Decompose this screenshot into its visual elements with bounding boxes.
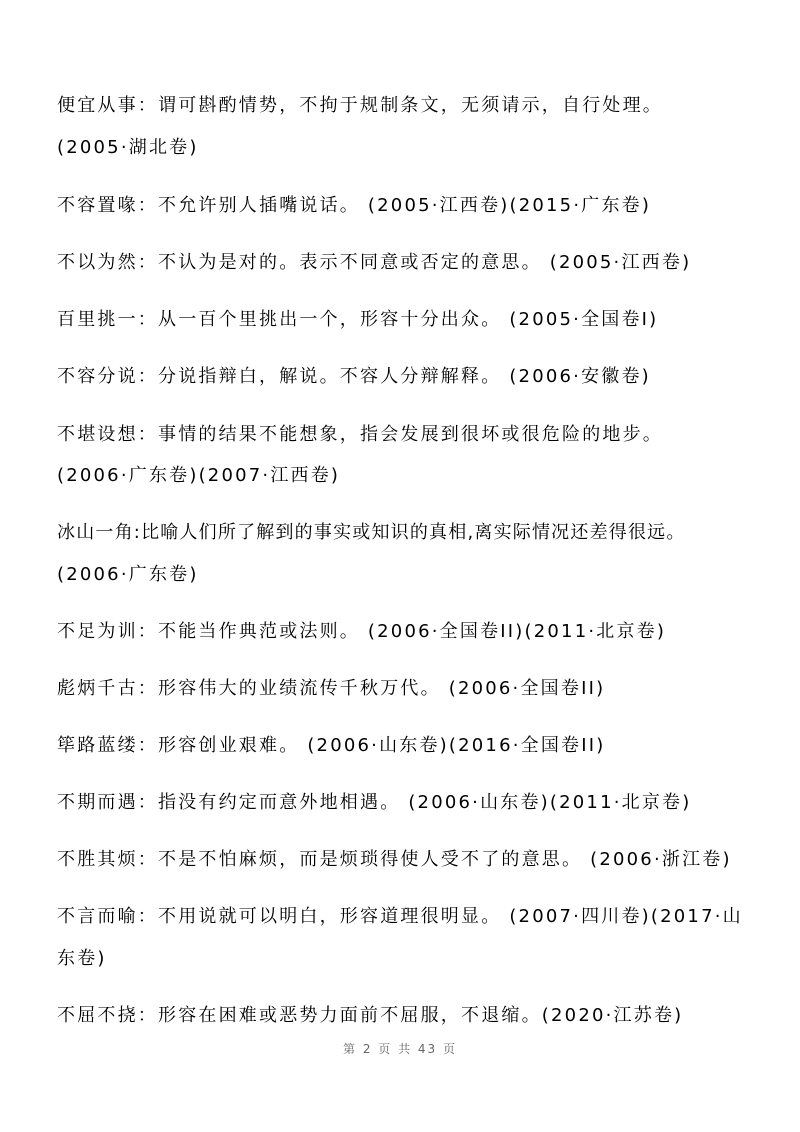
entry-buyaneryu-line-2: 东卷) [57, 947, 107, 971]
entry-buzuweixun: 不足为训：不能当作典范或法则。 (2006·全国卷II)(2011·北京卷) [57, 620, 666, 644]
entry-biaobingqiangu: 彪炳千古：形容伟大的业绩流传千秋万代。 (2006·全国卷II) [57, 677, 605, 701]
entry-burongzhihui: 不容置喙：不允许别人插嘴说话。 (2005·江西卷)(2015·广东卷) [57, 194, 651, 218]
entry-buyiweiran: 不以为然：不认为是对的。表示不同意或否定的意思。 (2005·江西卷) [57, 251, 691, 275]
entry-buqieryu: 不期而遇：指没有约定而意外地相遇。 (2006·山东卷)(2011·北京卷) [57, 791, 691, 815]
entry-bailitiaoyi: 百里挑一：从一百个里挑出一个，形容十分出众。 (2005·全国卷I) [57, 308, 658, 332]
entry-bianyicongshi-line-2: (2005·湖北卷) [57, 136, 199, 160]
entry-biluelanlv: 筚路蓝缕：形容创业艰难。 (2006·山东卷)(2016·全国卷II) [57, 734, 606, 758]
entry-bukanshexiang-line-1: 不堪设想：事情的结果不能想象，指会发展到很坏或很危险的地步。 [57, 423, 663, 447]
entry-buyaneryu-line-1: 不言而喻：不用说就可以明白，形容道理很明显。 (2007·四川卷)(2017·山 [57, 905, 743, 929]
entry-bukanshexiang-line-2: (2006·广东卷)(2007·江西卷) [57, 464, 340, 488]
entry-bingshanyijiao-line-1: 冰山一角:比喻人们所了解到的事实或知识的真相,离实际情况还差得很远。 [57, 521, 686, 545]
entry-buqubunao: 不屈不挠：形容在困难或恶势力面前不屈服，不退缩。(2020·江苏卷) [57, 1004, 683, 1028]
entry-bingshanyijiao-line-2: (2006·广东卷) [57, 563, 199, 587]
entry-burongfenshuo: 不容分说：分说指辩白，解说。不容人分辩解释。 (2006·安徽卷) [57, 365, 651, 389]
document-page: 便宜从事：谓可斟酌情势，不拘于规制条文，无须请示，自行处理。 (2005·湖北卷… [0, 0, 800, 1132]
entry-bianyicongshi-line-1: 便宜从事：谓可斟酌情势，不拘于规制条文，无须请示，自行处理。 [57, 94, 663, 118]
page-number-footer: 第 2 页 共 43 页 [0, 1040, 800, 1057]
entry-bushengqifan: 不胜其烦：不是不怕麻烦，而是烦琐得使人受不了的意思。 (2006·浙江卷) [57, 848, 732, 872]
